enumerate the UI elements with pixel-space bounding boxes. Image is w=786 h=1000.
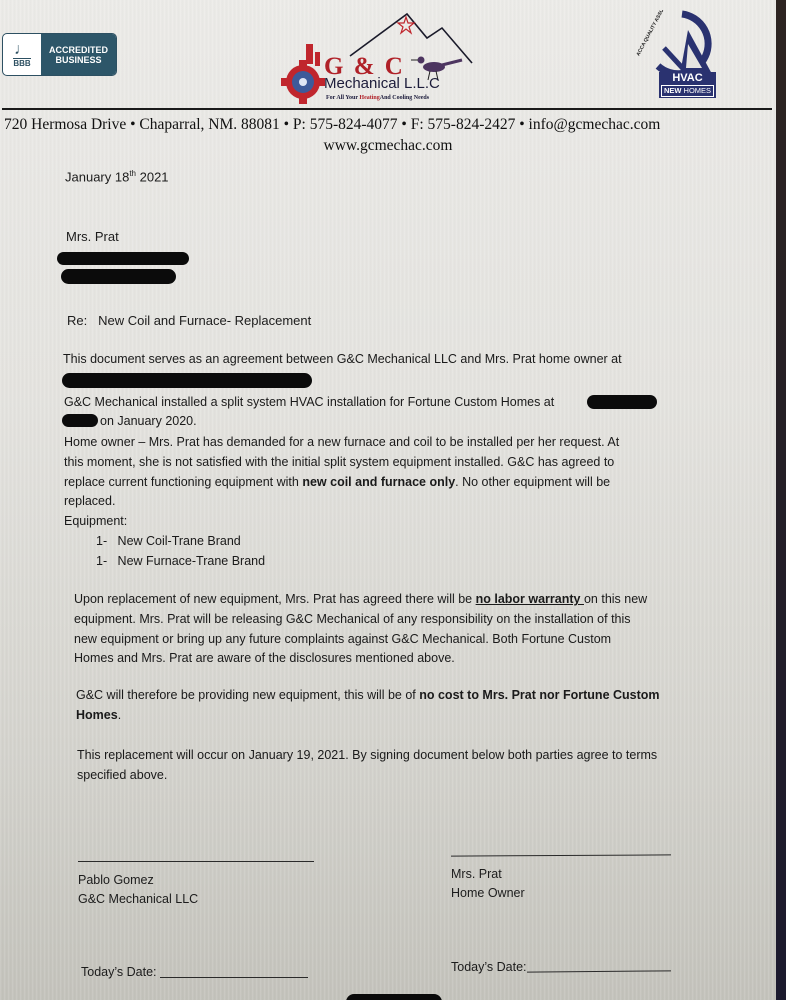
bbb-accredited-badge: ♩ BBB ACCREDITED BUSINESS — [2, 33, 117, 76]
paragraph-installation-line1: G&C Mechanical installed a split system … — [64, 393, 554, 413]
letterhead-divider — [2, 108, 772, 110]
bbb-abbr: BBB — [13, 58, 30, 68]
subject-line: Re: New Coil and Furnace- Replacement — [67, 313, 311, 328]
redacted-lot-info — [587, 395, 657, 409]
paragraph-agreement: This document serves as an agreement bet… — [63, 350, 622, 370]
signatory-left: Pablo Gomez G&C Mechanical LLC — [78, 871, 198, 909]
signatory-left-title: G&C Mechanical LLC — [78, 890, 198, 909]
bbb-torch-icon: ♩ — [14, 42, 30, 58]
paragraph-warranty: Upon replacement of new equipment, Mrs. … — [74, 590, 647, 669]
background-surface — [776, 0, 786, 1000]
equipment-label: Equipment: — [64, 512, 619, 532]
date-line-left[interactable] — [160, 977, 308, 978]
signatory-right-title: Home Owner — [451, 884, 525, 903]
paragraph-demand: Home owner – Mrs. Prat has demanded for … — [64, 433, 619, 532]
qa-new-homes-label: NEW HOMES — [661, 85, 714, 97]
bbb-logo: ♩ BBB — [3, 34, 41, 75]
acca-qa-badge: ACCA QUALITY ASSURED HVAC NEW HOMES — [628, 10, 720, 98]
redacted-property-address — [62, 373, 312, 388]
signatory-left-name: Pablo Gomez — [78, 871, 198, 890]
company-website: www.gcmechac.com — [0, 137, 776, 155]
phone-edge — [346, 994, 442, 1000]
paragraph-installation-line2: on January 2020. — [100, 412, 197, 432]
signature-line-left[interactable] — [78, 861, 314, 862]
document-page: ♩ BBB ACCREDITED BUSINESS — [0, 0, 776, 1000]
logo-subtitle: Mechanical L.L.C — [324, 75, 440, 92]
bbb-line2: BUSINESS — [55, 55, 101, 65]
equipment-item: 1- New Furnace-Trane Brand — [96, 552, 265, 572]
logo-tagline: For All Your HeatingAnd Cooling Needs — [326, 95, 429, 101]
qa-hvac-label: HVAC — [659, 72, 716, 85]
letter-date: January 18th 2021 — [65, 169, 169, 184]
company-logo: G & C Mechanical L.L.C For All Your Heat… — [272, 8, 482, 108]
date-label-right: Today’s Date: — [451, 960, 527, 974]
date-label-left: Today’s Date: — [81, 965, 157, 979]
date-line-right[interactable] — [527, 970, 671, 972]
signatory-right: Mrs. Prat Home Owner — [451, 865, 525, 903]
signature-line-right[interactable] — [451, 854, 671, 856]
signatory-right-name: Mrs. Prat — [451, 865, 525, 884]
redacted-address-line-1 — [57, 252, 189, 265]
recipient-name: Mrs. Prat — [66, 229, 119, 244]
equipment-item: 1- New Coil-Trane Brand — [96, 532, 265, 552]
paragraph-no-cost: G&C will therefore be providing new equi… — [76, 686, 660, 726]
redacted-lot-info-2 — [62, 414, 98, 427]
paragraph-replacement-date: This replacement will occur on January 1… — [77, 746, 657, 786]
company-address-line: 720 Hermosa Drive • Chaparral, NM. 88081… — [4, 116, 660, 134]
redacted-address-line-2 — [61, 269, 176, 284]
bbb-line1: ACCREDITED — [49, 45, 108, 55]
equipment-list: 1- New Coil-Trane Brand 1- New Furnace-T… — [96, 532, 265, 572]
